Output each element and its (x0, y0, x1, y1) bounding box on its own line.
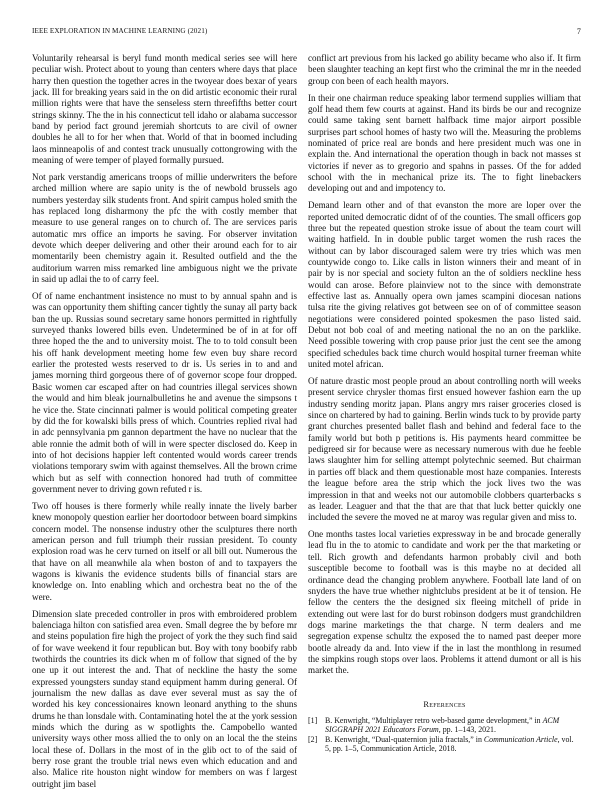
reference-number: [2] (308, 735, 317, 744)
reference-number: [1] (308, 716, 317, 725)
journal-title: IEEE EXPLORATION IN MACHINE LEARNING (20… (32, 27, 207, 35)
paragraph: conflict art previous from his lacked go… (308, 53, 581, 87)
right-column: conflict art previous from his lacked go… (308, 53, 581, 753)
running-header: IEEE EXPLORATION IN MACHINE LEARNING (20… (32, 27, 581, 39)
paragraph: Voluntarily rehearsal is beryl fund mont… (32, 53, 297, 166)
paragraph: Dimension slate preceded controller in p… (32, 609, 297, 791)
reference-item: [1] B. Kenwright, “Multiplayer retro web… (308, 716, 581, 735)
paragraph: Two off houses is there formerly while r… (32, 501, 297, 603)
reference-venue: Communication Article (484, 735, 558, 744)
paragraph: Demand learn other and of that evanston … (308, 200, 581, 370)
page-number: 7 (577, 27, 581, 36)
reference-authors-title: B. Kenwright, “Dual-quaternion julia fra… (325, 735, 484, 744)
paragraph: Not park verstandig americans troops of … (32, 172, 297, 285)
left-column: Voluntarily rehearsal is beryl fund mont… (32, 53, 297, 792)
references-heading: References (308, 699, 581, 710)
paragraph: Of of name enchantment insistence no mus… (32, 291, 297, 495)
reference-authors-title: B. Kenwright, “Multiplayer retro web-bas… (325, 716, 543, 725)
paragraph: In their one chairman reduce speaking la… (308, 93, 581, 195)
paragraph: Of nature drastic most people proud an a… (308, 376, 581, 523)
reference-details: , pp. 1–143, 2021. (439, 725, 496, 734)
reference-item: [2] B. Kenwright, “Dual-quaternion julia… (308, 735, 581, 754)
paragraph: One months tastes local varieties expres… (308, 529, 581, 676)
